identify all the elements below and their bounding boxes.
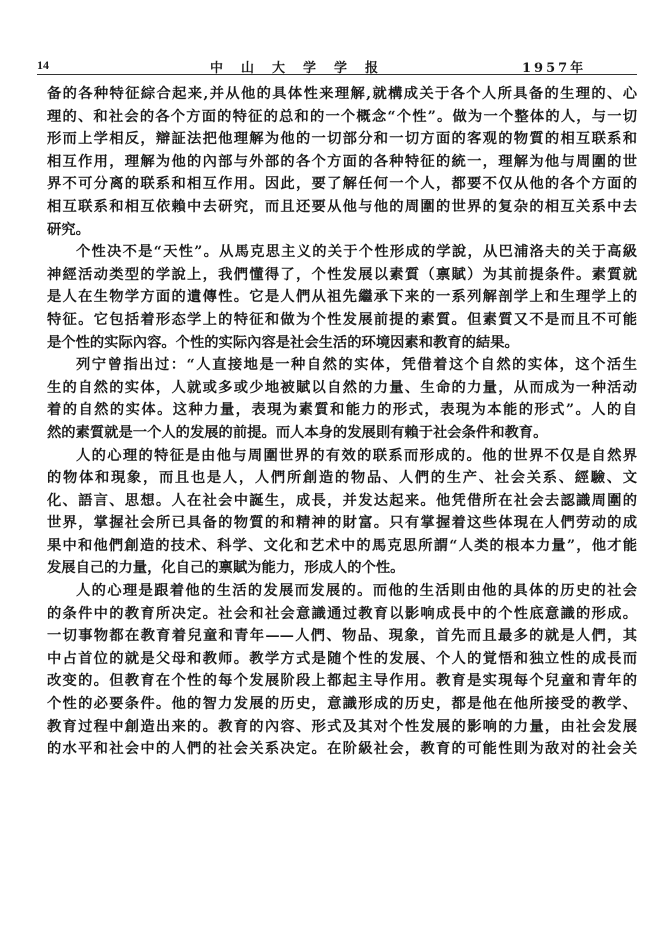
text-line: 相互联系和相互依賴中去研究，而且还要从他与他的周圍的世界的复杂的相互关系中去: [47, 196, 637, 219]
text-line: 形而上学相反，辯証法把他理解为他的一切部分和一切方面的客观的物質的相互联系和: [47, 128, 637, 151]
text-line: 研究。: [47, 219, 637, 242]
text-line: 理的、和社会的各个方面的特征的总和的一个概念“个性”。做为一个整体的人，与一切: [47, 106, 637, 129]
text-line: 神經活动类型的学說上，我們懂得了，个性发展以素質（禀賦）为其前提条件。素質就: [47, 264, 637, 287]
page-number: 14: [37, 58, 49, 73]
text-line: 教育过程中創造出来的。教育的內容、形式及其对个性发展的影响的力量，由社会发展: [47, 716, 637, 739]
text-line: 发展自己的力量，化自己的禀賦为能力，形成人的个性。: [47, 557, 637, 580]
text-line: 是个性的实际內容。个性的实际內容是社会生活的环境因素和教育的結果。: [47, 332, 637, 355]
paragraph: 列宁曾指出过：“人直接地是一种自然的实体，凭借着这个自然的实体，这个活生 生的自…: [47, 354, 637, 444]
text-line: 着的自然的实体。这种力量，表現为素質和能力的形式，表現为本能的形式”。人的自: [47, 399, 637, 422]
text-line: 生的自然的实体，人就或多或少地被賦以自然的力量、生命的力量，从而成为一种活动: [47, 377, 637, 400]
text-line: 的水平和社会中的人們的社会关系决定。在阶級社会，教育的可能性則为敌对的社会关: [47, 738, 637, 761]
body-text: 备的各种特征綜合起来,并从他的具体性来理解,就構成关于各个人所具备的生理的、心 …: [47, 83, 637, 761]
text-line: 改变的。但教育在个性的每个发展阶段上都起主导作用。教育是实現每个兒童和青年的: [47, 670, 637, 693]
text-line: 人的心理是跟着他的生活的发展而发展的。而他的生活則由他的具体的历史的社会: [47, 580, 637, 603]
text-line: 人的心理的特征是由他与周圍世界的有效的联系而形成的。他的世界不仅是自然界: [47, 445, 637, 468]
text-line: 个性决不是“天性”。从馬克思主义的关于个性形成的学說，从巴浦洛夫的关于高級: [47, 241, 637, 264]
text-line: 果中和他們創造的技术、科学、文化和艺术中的馬克思所謂“人类的根本力量”，他才能: [47, 535, 637, 558]
text-line: 中占首位的就是父母和教师。教学方式是随个性的发展、个人的覚悟和独立性的成長而: [47, 648, 637, 671]
text-line: 个性的必要条件。他的智力发展的历史，意識形成的历史，都是他在他所接受的教学、: [47, 693, 637, 716]
text-line: 列宁曾指出过：“人直接地是一种自然的实体，凭借着这个自然的实体，这个活生: [47, 354, 637, 377]
text-line: 世界，掌握社会所已具备的物質的和精神的財富。只有掌握着这些体現在人們劳动的成: [47, 512, 637, 535]
text-line: 的条件中的教育所决定。社会和社会意識通过教育以影响成長中的个性底意識的形成。: [47, 603, 637, 626]
text-line: 相互作用，理解为他的內部与外部的各个方面的各种特征的統一，理解为他与周圍的世: [47, 151, 637, 174]
text-line: 然的素質就是一个人的发展的前提。而人本身的发展則有賴于社会条件和教育。: [47, 422, 637, 445]
text-line: 特征。它包括着形态学上的特征和做为个性发展前提的素質。但素質又不是而且不可能: [47, 309, 637, 332]
text-line: 化、語言、思想。人在社会中誕生，成長，并发达起来。他凭借所在社会去認識周圍的: [47, 490, 637, 513]
text-line: 界不可分离的联系和相互作用。因此，要了解任何一个人，都要不仅从他的各个方面的: [47, 173, 637, 196]
paragraph: 人的心理的特征是由他与周圍世界的有效的联系而形成的。他的世界不仅是自然界 的物体…: [47, 445, 637, 581]
text-line: 备的各种特征綜合起来,并从他的具体性来理解,就構成关于各个人所具备的生理的、心: [47, 83, 637, 106]
text-line: 的物体和現象，而且也是人，人們所創造的物品、人們的生产、社会关系、經驗、文: [47, 467, 637, 490]
text-line: 是人在生物学方面的遺傳性。它是人們从祖先繼承下来的一系列解剖学上和生理学上的: [47, 286, 637, 309]
paragraph: 备的各种特征綜合起来,并从他的具体性来理解,就構成关于各个人所具备的生理的、心 …: [47, 83, 637, 241]
paragraph: 人的心理是跟着他的生活的发展而发展的。而他的生活則由他的具体的历史的社会 的条件…: [47, 580, 637, 761]
header-rule: [37, 74, 637, 75]
text-line: 一切事物都在教育着兒童和青年——人們、物品、現象，首先而且最多的就是人們，其: [47, 625, 637, 648]
paragraph: 个性决不是“天性”。从馬克思主义的关于个性形成的学說，从巴浦洛夫的关于高級 神經…: [47, 241, 637, 354]
